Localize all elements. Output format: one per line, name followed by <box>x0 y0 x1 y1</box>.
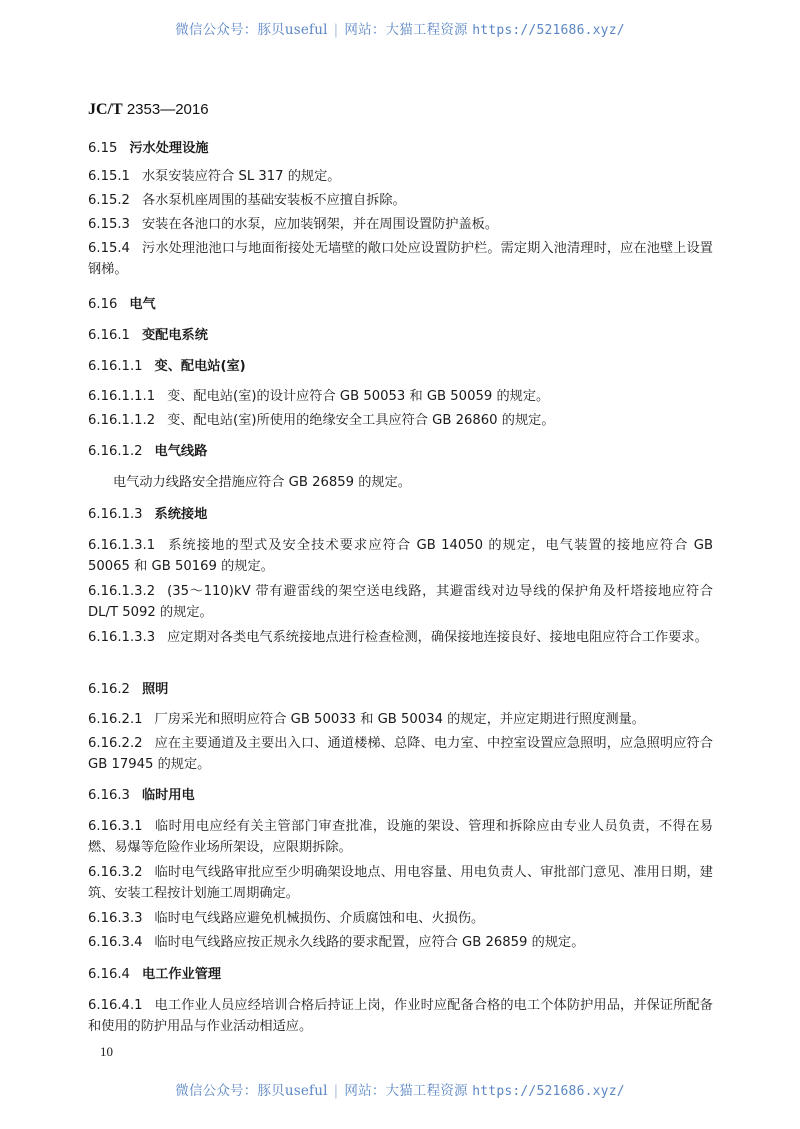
paragraph: 电气动力线路安全措施应符合 GB 26859 的规定。 <box>88 472 713 493</box>
subsection-heading: 6.16.1.1变、配电站(室) <box>88 356 713 377</box>
clause: 6.16.1.1.1变、配电站(室)的设计应符合 GB 50053 和 GB 5… <box>88 386 713 407</box>
section-heading: 6.15污水处理设施 <box>88 138 713 159</box>
clause: 6.16.3.3临时电气线路应避免机械损伤、介质腐蚀和电、火损伤。 <box>88 908 713 929</box>
page-number: 10 <box>100 1044 113 1060</box>
subsection-heading: 6.16.1变配电系统 <box>88 325 713 346</box>
watermark-site: 网站：大猫工程资源 <box>344 1083 467 1099</box>
clause: 6.16.2.1厂房采光和照明应符合 GB 50033 和 GB 50034 的… <box>88 709 713 730</box>
watermark-wechat: 微信公众号：豚贝useful <box>175 22 327 38</box>
clause: 6.15.4污水处理池池口与地面衔接处无墙壁的敞口处应设置防护栏。需定期入池清理… <box>88 238 713 280</box>
clause: 6.15.2各水泵机座周围的基础安装板不应擅自拆除。 <box>88 190 713 211</box>
watermark-wechat: 微信公众号：豚贝useful <box>175 1083 327 1099</box>
clause: 6.16.1.3.3应定期对各类电气系统接地点进行检查检测，确保接地连接良好、接… <box>88 627 713 648</box>
subsection-heading: 6.16.3临时用电 <box>88 785 713 806</box>
subsection-heading: 6.16.1.2电气线路 <box>88 441 713 462</box>
standard-code-prefix: JC/T <box>88 101 123 118</box>
standard-code: JC/T 2353—2016 <box>88 101 209 119</box>
clause: 6.16.2.2应在主要通道及主要出入口、通道楼梯、总降、电力室、中控室设置应急… <box>88 733 713 775</box>
clause: 6.15.1水泵安装应符合 SL 317 的规定。 <box>88 166 713 187</box>
clause: 6.16.1.1.2变、配电站(室)所使用的绝缘安全工具应符合 GB 26860… <box>88 410 713 431</box>
watermark-separator: | <box>334 22 339 38</box>
watermark-url[interactable]: https://521686.xyz/ <box>472 1084 625 1099</box>
watermark-url[interactable]: https://521686.xyz/ <box>472 23 625 38</box>
clause: 6.16.4.1电工作业人员应经培训合格后持证上岗，作业时应配备合格的电工个体防… <box>88 995 713 1037</box>
watermark-bottom: 微信公众号：豚贝useful|网站：大猫工程资源 https://521686.… <box>0 1079 800 1099</box>
clause: 6.15.3安装在各池口的水泵，应加装钢架，并在周围设置防护盖板。 <box>88 214 713 235</box>
watermark-site: 网站：大猫工程资源 <box>344 22 467 38</box>
clause: 6.16.1.3.1系统接地的型式及安全技术要求应符合 GB 14050 的规定… <box>88 535 713 577</box>
clause: 6.16.1.3.2(35～110)kV 带有避雷线的架空送电线路，其避雷线对边… <box>88 581 713 623</box>
watermark-top: 微信公众号：豚贝useful|网站：大猫工程资源 https://521686.… <box>0 18 800 38</box>
subsection-heading: 6.16.2照明 <box>88 679 713 700</box>
clause: 6.16.3.1临时用电应经有关主管部门审查批准，设施的架设、管理和拆除应由专业… <box>88 816 713 858</box>
watermark-separator: | <box>334 1083 339 1099</box>
subsection-heading: 6.16.1.3系统接地 <box>88 504 713 525</box>
subsection-heading: 6.16.4电工作业管理 <box>88 964 713 985</box>
clause: 6.16.3.4临时电气线路应按正规永久线路的要求配置，应符合 GB 26859… <box>88 932 713 953</box>
standard-code-number: 2353—2016 <box>123 101 209 118</box>
section-heading: 6.16电气 <box>88 294 713 315</box>
clause: 6.16.3.2临时电气线路审批应至少明确架设地点、用电容量、用电负责人、审批部… <box>88 862 713 904</box>
